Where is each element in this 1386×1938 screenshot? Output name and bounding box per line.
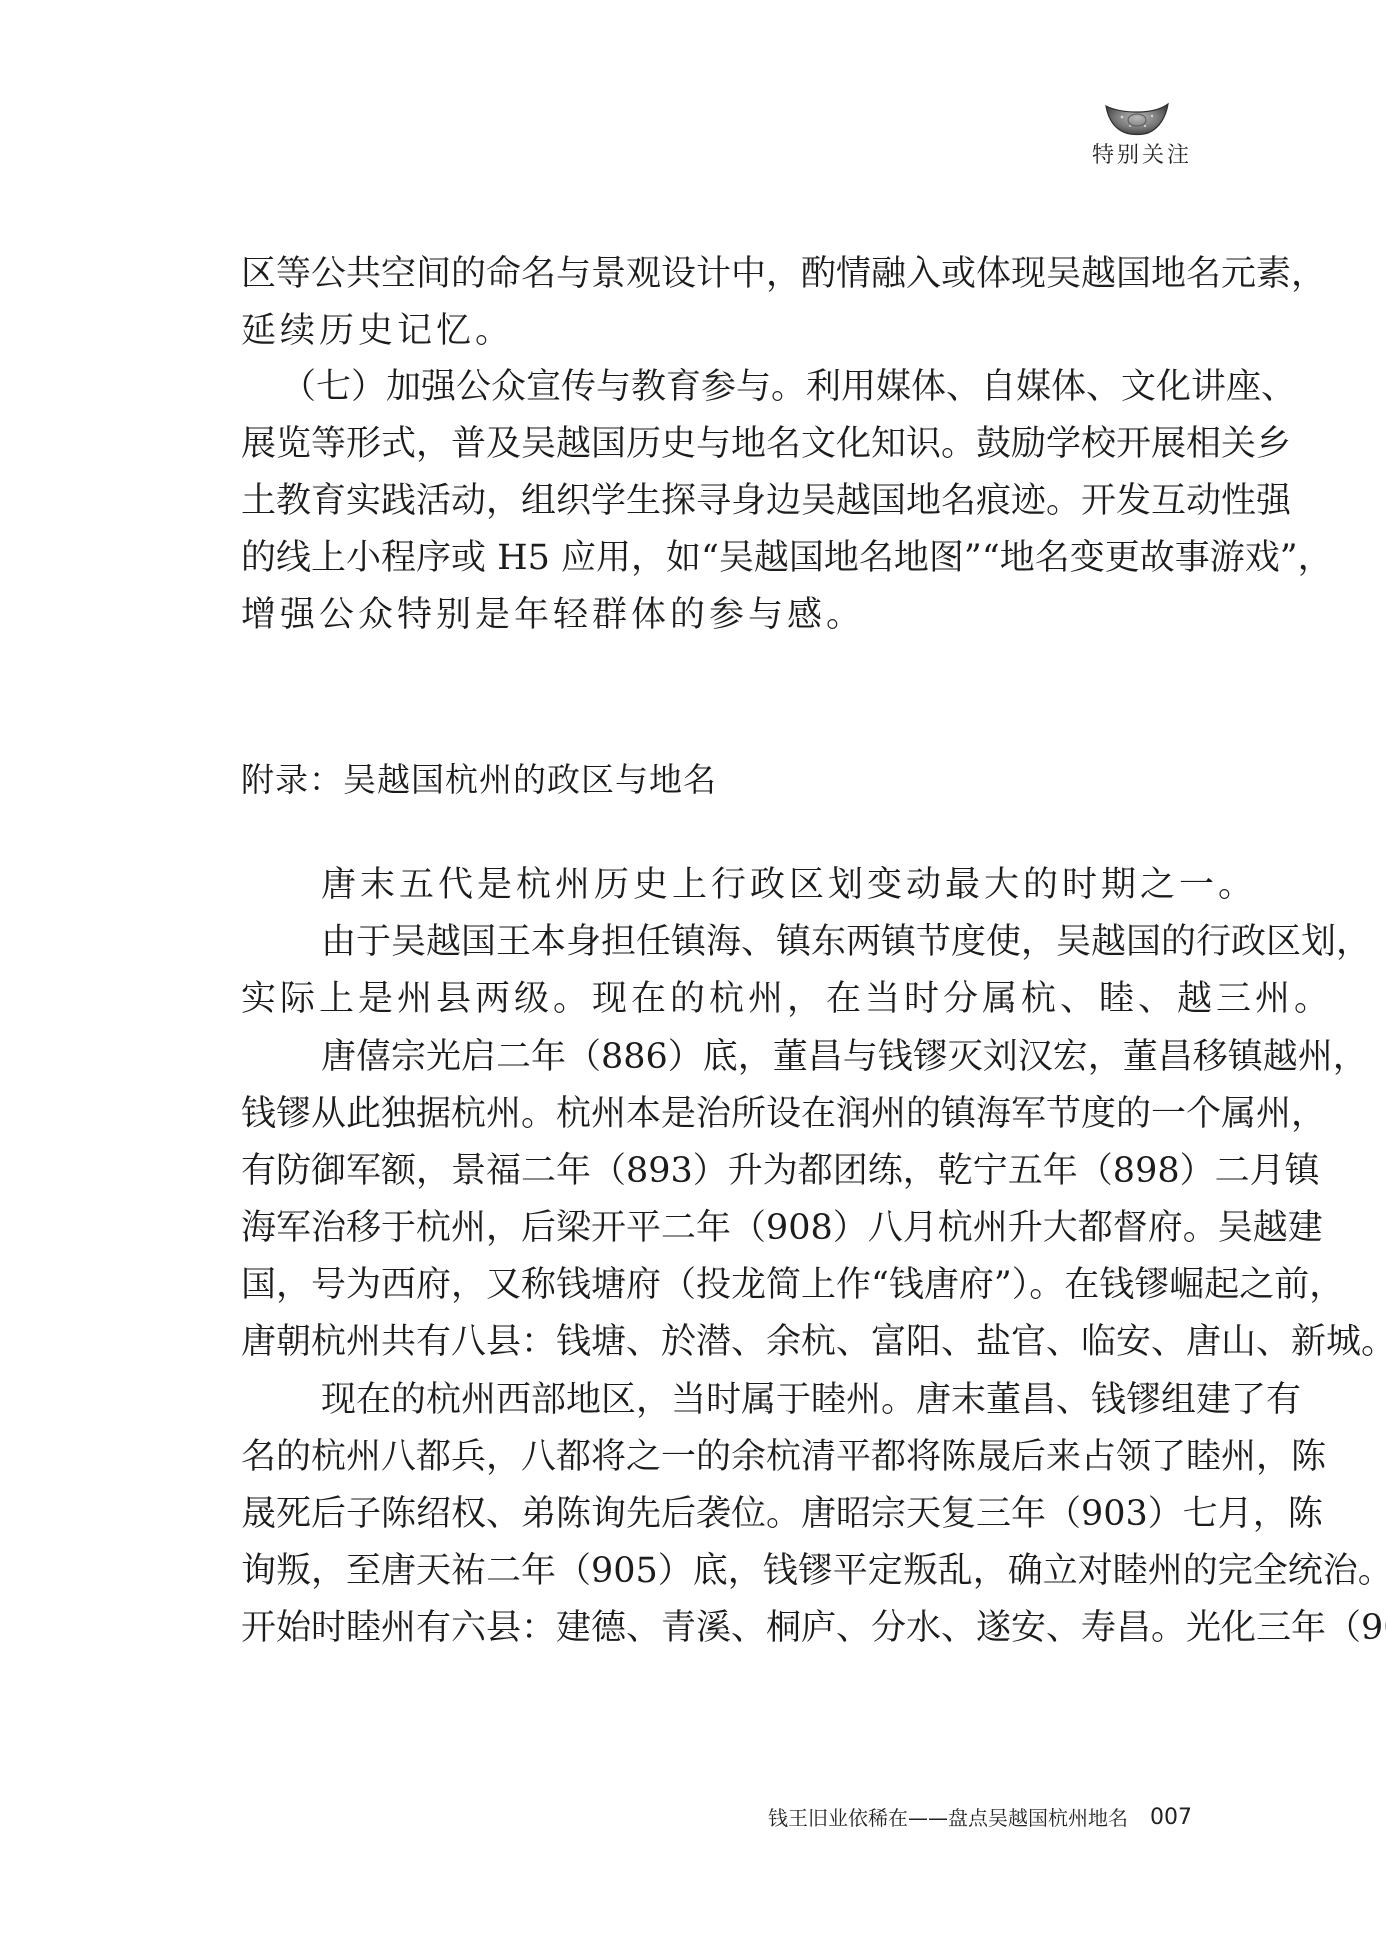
text-line: 国，号为西府，又称钱塘府（投龙简上作“钱唐府”）。在钱镠崛起之前， xyxy=(241,1257,1193,1314)
text-line: 唐末五代是杭州历史上行政区划变动最大的时期之一。 xyxy=(241,857,1193,914)
text-line: 实际上是州县两级。现在的杭州，在当时分属杭、睦、越三州。 xyxy=(241,971,1193,1028)
text-line: 唐朝杭州共有八县：钱塘、於潜、余杭、富阳、盐官、临安、唐山、新城。 xyxy=(241,1314,1193,1371)
page-number: 007 xyxy=(1150,1800,1192,1836)
running-header: 特别关注 xyxy=(1080,96,1192,168)
section-label: 特别关注 xyxy=(1080,138,1192,169)
text-line: （七）加强公众宣传与教育参与。利用媒体、自媒体、文化讲座、 xyxy=(241,359,1193,416)
silver-ingot-ornament-icon xyxy=(1104,102,1170,136)
text-line: 区等公共空间的命名与景观设计中，酌情融入或体现吴越国地名元素， xyxy=(241,246,1193,303)
text-line: 晟死后子陈绍权、弟陈询先后袭位。唐昭宗天复三年（903）七月，陈 xyxy=(241,1486,1193,1543)
text-line: 展览等形式，普及吴越国历史与地名文化知识。鼓励学校开展相关乡 xyxy=(241,416,1193,473)
appendix-heading: 附录：吴越国杭州的政区与地名 xyxy=(241,752,717,808)
text-line: 土教育实践活动，组织学生探寻身边吴越国地名痕迹。开发互动性强 xyxy=(241,473,1193,530)
appendix-paragraph-1: 唐末五代是杭州历史上行政区划变动最大的时期之一。 xyxy=(241,857,1193,914)
paragraph-continuation: 区等公共空间的命名与景观设计中，酌情融入或体现吴越国地名元素， 延续历史记忆。 xyxy=(241,246,1193,360)
text-line: 增强公众特别是年轻群体的参与感。 xyxy=(241,587,1193,644)
appendix-paragraph-3: 唐僖宗光启二年（886）底，董昌与钱镠灭刘汉宏，董昌移镇越州， 钱镠从此独据杭州… xyxy=(241,1029,1193,1371)
text-line: 询叛，至唐天祐二年（905）底，钱镠平定叛乱，确立对睦州的完全统治。 xyxy=(241,1543,1193,1600)
page-footer: 钱王旧业依稀在——盘点吴越国杭州地名 007 xyxy=(760,1800,1192,1836)
text-line: 的线上小程序或 H5 应用，如“吴越国地名地图”“地名变更故事游戏”， xyxy=(241,530,1193,587)
appendix-paragraph-4: 现在的杭州西部地区，当时属于睦州。唐末董昌、钱镠组建了有 名的杭州八都兵，八都将… xyxy=(241,1372,1193,1657)
text-line: 现在的杭州西部地区，当时属于睦州。唐末董昌、钱镠组建了有 xyxy=(241,1372,1193,1429)
text-line: 开始时睦州有六县：建德、青溪、桐庐、分水、遂安、寿昌。光化三年（900）， xyxy=(241,1600,1193,1657)
text-line: 由于吴越国王本身担任镇海、镇东两镇节度使，吴越国的行政区划， xyxy=(241,914,1193,971)
appendix-paragraph-2: 由于吴越国王本身担任镇海、镇东两镇节度使，吴越国的行政区划， 实际上是州县两级。… xyxy=(241,914,1193,1028)
text-line: 有防御军额，景福二年（893）升为都团练，乾宁五年（898）二月镇 xyxy=(241,1143,1193,1200)
text-line: 名的杭州八都兵，八都将之一的余杭清平都将陈晟后来占领了睦州，陈 xyxy=(241,1429,1193,1486)
book-page: 特别关注 区等公共空间的命名与景观设计中，酌情融入或体现吴越国地名元素， 延续历… xyxy=(0,0,1386,1938)
book-title: 钱王旧业依稀在——盘点吴越国杭州地名 xyxy=(768,1800,1128,1836)
text-line: 唐僖宗光启二年（886）底，董昌与钱镠灭刘汉宏，董昌移镇越州， xyxy=(241,1029,1193,1086)
text-line: 钱镠从此独据杭州。杭州本是治所设在润州的镇海军节度的一个属州， xyxy=(241,1086,1193,1143)
text-line: 海军治移于杭州，后梁开平二年（908）八月杭州升大都督府。吴越建 xyxy=(241,1200,1193,1257)
paragraph-seven: （七）加强公众宣传与教育参与。利用媒体、自媒体、文化讲座、 展览等形式，普及吴越… xyxy=(241,359,1193,644)
text-line: 延续历史记忆。 xyxy=(241,303,1193,360)
